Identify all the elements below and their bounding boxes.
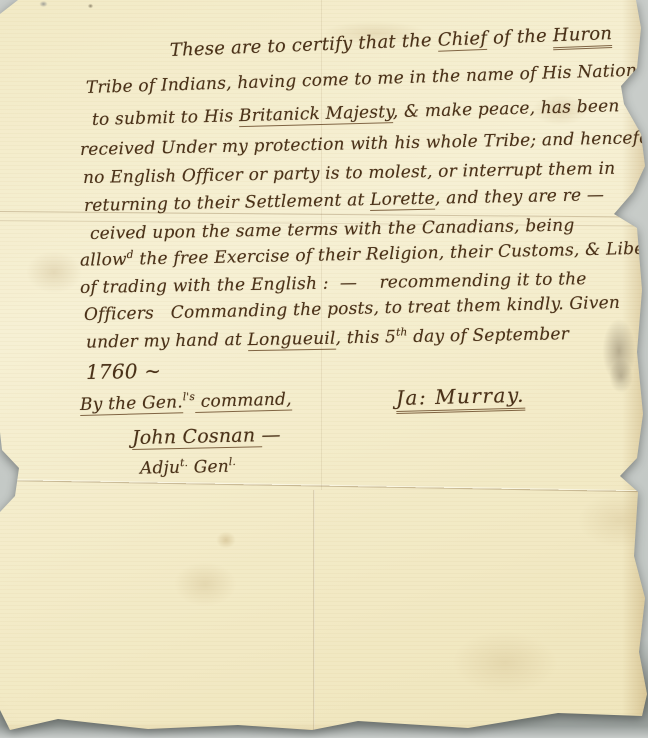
year-line: 1760 ~ (86, 359, 162, 385)
body-line-11: under my hand at Longueuil, this 5th day… (86, 324, 569, 354)
fold-crease-horizontal-lower (0, 479, 648, 492)
body-line-3: to submit to His Britanick Majesty, & ma… (92, 96, 620, 131)
command-line: By the Gen.l's command, (80, 388, 292, 415)
scanned-document-stage: These are to certify that the Chief of t… (0, 0, 648, 738)
paper-shadow-wrap: These are to certify that the Chief of t… (0, 0, 648, 738)
fold-crease-vertical-lower (313, 490, 315, 732)
body-line-5: no English Officer or party is to molest… (83, 159, 616, 190)
body-line-4: received Under my protection with his wh… (80, 128, 648, 162)
manuscript-paper: These are to certify that the Chief of t… (0, 0, 648, 738)
certify-line: These are to certify that the Chief of t… (170, 23, 613, 62)
murray-signature: Ja: Murray. (396, 383, 526, 411)
body-line-10: Officers Commanding the posts, to treat … (84, 293, 621, 326)
body-line-6: returning to their Settlement at Lorette… (84, 185, 605, 217)
cosnan-signature: John Cosnan — (132, 424, 281, 451)
adjutant-line: Adjut. Genl. (140, 456, 237, 480)
body-line-2: Tribe of Indians, having come to me in t… (86, 61, 643, 100)
